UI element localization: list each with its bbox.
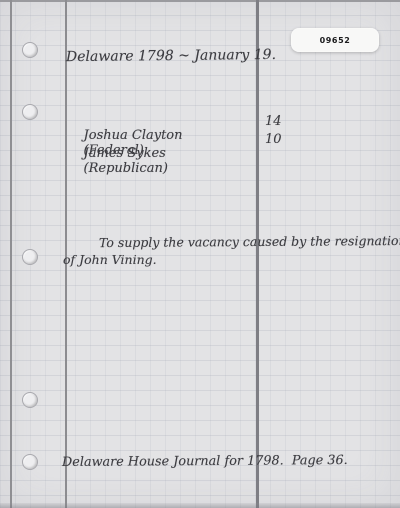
catalog-number: 09652 xyxy=(320,36,351,45)
paper-top-edge xyxy=(0,0,400,2)
hole-punch xyxy=(22,454,38,470)
candidate-name: James Sykes xyxy=(84,146,170,161)
hole-punch xyxy=(22,249,38,265)
vote-count: 14 xyxy=(265,114,282,129)
column-fold-line xyxy=(256,0,259,508)
hole-punch xyxy=(22,104,38,120)
paper-left-edge xyxy=(10,0,12,508)
paper-bottom-edge xyxy=(0,503,400,508)
note-line-1: To supply the vacancy caused by the resi… xyxy=(99,233,400,250)
catalog-sticker: 09652 xyxy=(291,28,379,52)
entry-title: Delaware 1798 ~ January 19. xyxy=(66,47,276,65)
candidate-row: James Sykes (Republican) xyxy=(67,131,170,191)
scanned-ledger-page: 09652 Delaware 1798 ~ January 19. Joshua… xyxy=(0,0,400,508)
vote-count: 10 xyxy=(265,132,282,147)
source-citation: Delaware House Journal for 1798. Page 36… xyxy=(62,453,348,470)
hole-punch xyxy=(22,392,38,408)
note-line-2: of John Vining. xyxy=(63,252,157,267)
candidate-party: (Republican) xyxy=(84,161,168,176)
hole-punch xyxy=(22,42,38,58)
